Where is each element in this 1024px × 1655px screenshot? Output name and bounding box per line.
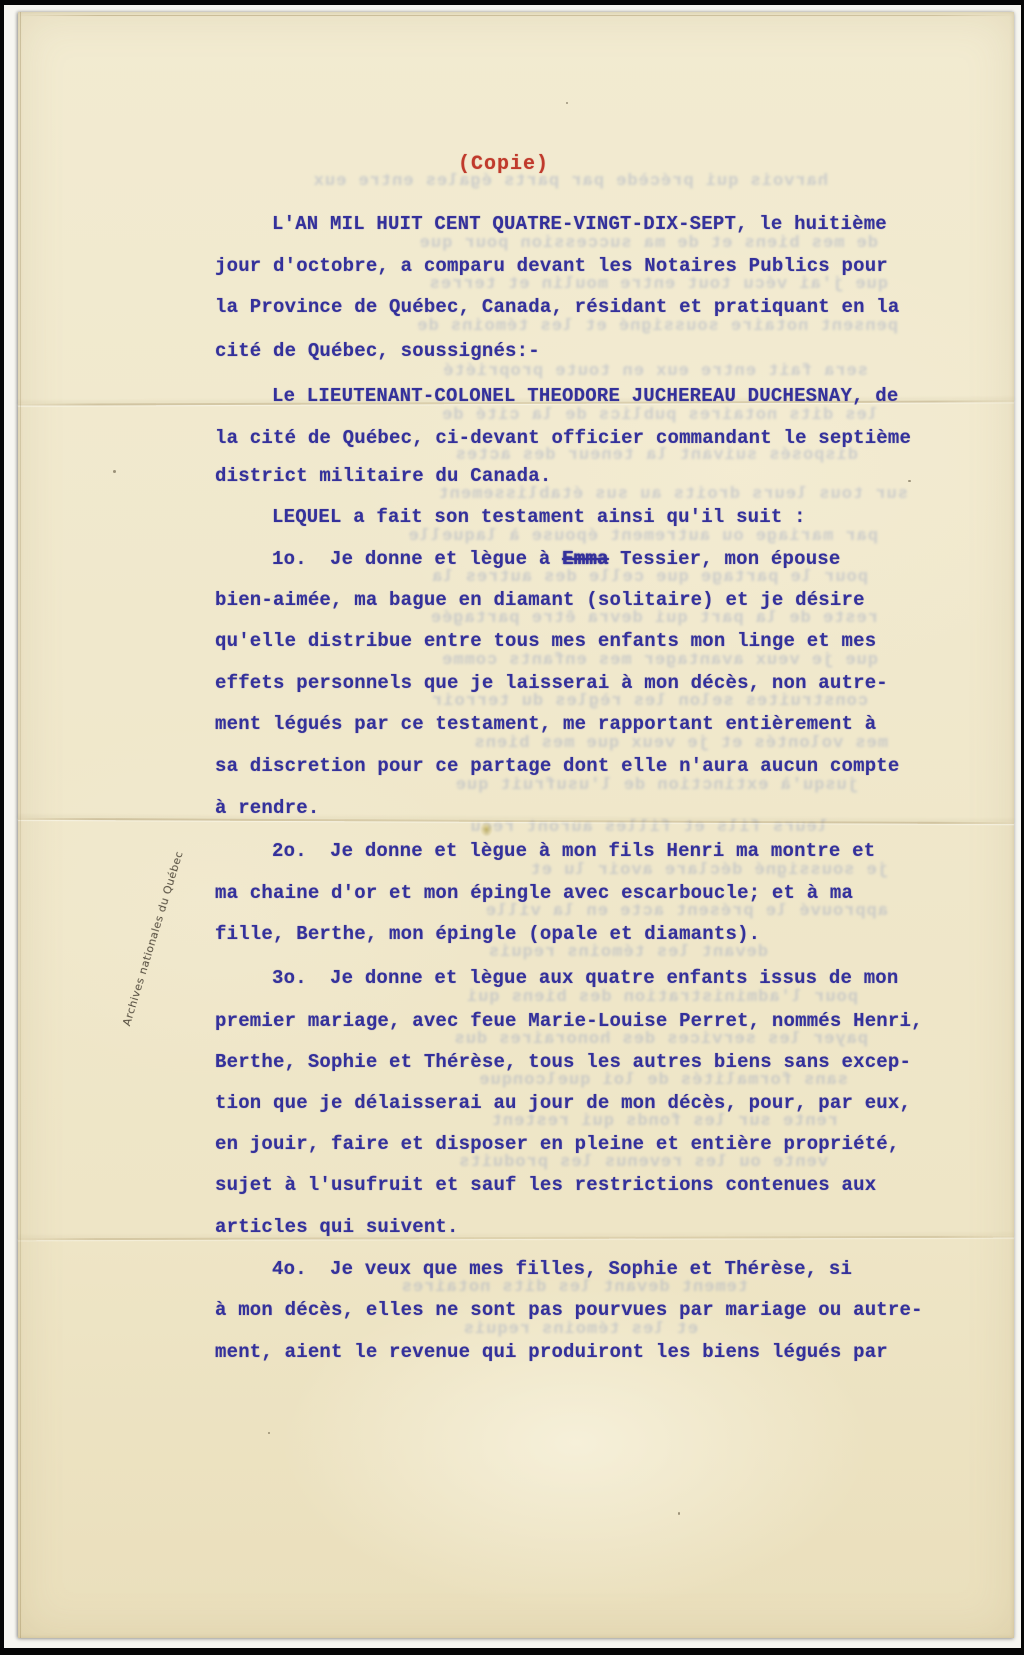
typed-line: ment, aient le revenue qui produiront le… <box>215 1341 888 1363</box>
typed-segment: Tessier, mon épouse <box>608 548 840 570</box>
typed-line: articles qui suivent. <box>215 1216 459 1238</box>
typed-line: en jouir, faire et disposer en pleine et… <box>215 1133 900 1155</box>
bleed-through-line: les dits notaires publics de la cité de <box>318 406 878 426</box>
bleed-through-line: reste de la part qui devra être partagée <box>298 609 878 629</box>
bleed-through-line: sera fait entre eux en toute propriété <box>348 362 868 382</box>
paper-speck <box>908 480 911 482</box>
typed-line: L'AN MIL HUIT CENT QUATRE-VINGT-DIX-SEPT… <box>272 213 887 235</box>
typed-line: 4o. Je veux que mes filles, Sophie et Th… <box>272 1258 852 1280</box>
bleed-through-line: sur tous leurs droits au sus établisseme… <box>318 485 908 505</box>
typed-line: cité de Québec, soussignés:- <box>215 340 540 362</box>
typed-line: 3o. Je donne et lègue aux quatre enfants… <box>272 967 899 989</box>
scanned-document: harvois qui précède par parts égales ent… <box>0 0 1024 1655</box>
bleed-through-line: de mes biens et de ma succession pour qu… <box>318 234 878 254</box>
typed-line: Berthe, Sophie et Thérèse, tous les autr… <box>215 1051 911 1073</box>
bleed-through-line: approuvé le présent acte en la ville <box>338 902 888 922</box>
bleed-through-line: mes volontés et je veux que mes biens <box>318 734 888 754</box>
typed-line: sa discretion pour ce partage dont elle … <box>215 755 900 777</box>
typed-line: bien-aimée, ma bague en diamant (solitai… <box>215 589 865 611</box>
paper-speck <box>268 1432 270 1434</box>
typed-line: à mon décès, elles ne sont pas pourvues … <box>215 1299 923 1321</box>
typed-line: 1o. Je donne et lègue à Emma Tessier, mo… <box>272 548 841 570</box>
bleed-through-line: sans formalités de loi quelconque <box>328 1071 848 1091</box>
bleed-through-line: payer les services des honoraires dus <box>308 1030 868 1050</box>
bleed-through-line: pour le partage que celle des autres la <box>348 568 868 588</box>
bleed-through-line: je soussigné déclare avoir lu et <box>348 861 888 881</box>
typed-line: qu'elle distribue entre tous mes enfants… <box>215 630 876 652</box>
overtyped-word: Emma <box>562 548 608 570</box>
paper-speck <box>678 1512 680 1515</box>
typed-line: tion que je délaisserai au jour de mon d… <box>215 1092 911 1114</box>
typed-line: ma chaine d'or et mon épingle avec escar… <box>215 882 853 904</box>
typed-line: sujet à l'usufruit et sauf les restricti… <box>215 1174 876 1196</box>
typed-line: ment légués par ce testament, me rapport… <box>215 713 876 735</box>
typed-line: LEQUEL a fait son testament ainsi qu'il … <box>272 506 806 528</box>
bleed-through-line: vente ou les revenus les produits <box>348 1153 828 1173</box>
bleed-through-line: par mariage ou autrement épouse à laquel… <box>338 527 878 547</box>
typed-segment: 1o. Je donne et lègue à <box>272 548 562 570</box>
paper-speck <box>113 470 116 473</box>
bleed-through-line: et les témoins requis <box>338 1320 698 1340</box>
ink-smudge <box>480 822 493 837</box>
bleed-through-line: jusqu'à extinction de l'usufruit que <box>338 776 858 796</box>
bleed-through-line: que je veux avantager mes enfants comme <box>318 651 878 671</box>
typed-line: effets personnels que je laisserai à mon… <box>215 672 888 694</box>
bleed-through-line: construites selon les règles du terroir <box>328 692 868 712</box>
bleed-through-line: que j'ai vécu tout entre moulin et terre… <box>348 275 888 295</box>
typed-line: jour d'octobre, a comparu devant les Not… <box>215 255 888 277</box>
archive-stamp: Archives nationales du Québec <box>115 831 192 1045</box>
bleed-through-line: tement devant les dits notaires <box>348 1278 748 1298</box>
copy-label: (Copie) <box>458 153 549 176</box>
bleed-through-line: rente sur les fonds qui restent <box>338 1112 838 1132</box>
bleed-through-line: pour l'administration des biens qui <box>318 988 858 1008</box>
typed-line: la cité de Québec, ci-devant officier co… <box>215 427 911 449</box>
typed-line: à rendre. <box>215 797 319 819</box>
typed-line: la Province de Québec, Canada, résidant … <box>215 296 900 318</box>
bleed-through-line: pensent notaire soussigné et les témoins… <box>318 317 898 337</box>
typed-line: fille, Berthe, mon épingle (opale et dia… <box>215 923 760 945</box>
bleed-through-line: disposés suivant la teneur des actes <box>358 446 858 466</box>
typed-line: premier mariage, avec feue Marie-Louise … <box>215 1010 923 1032</box>
paper-speck <box>566 102 568 104</box>
typed-line: district militaire du Canada. <box>215 465 551 487</box>
typed-line: Le LIEUTENANT-COLONEL THEODORE JUCHEREAU… <box>272 385 899 407</box>
fold-crease <box>18 1236 1014 1241</box>
document-page: harvois qui précède par parts égales ent… <box>18 12 1014 1638</box>
typed-line: 2o. Je donne et lègue à mon fils Henri m… <box>272 840 875 862</box>
bleed-through-line: devant les témoins requis <box>348 943 768 963</box>
